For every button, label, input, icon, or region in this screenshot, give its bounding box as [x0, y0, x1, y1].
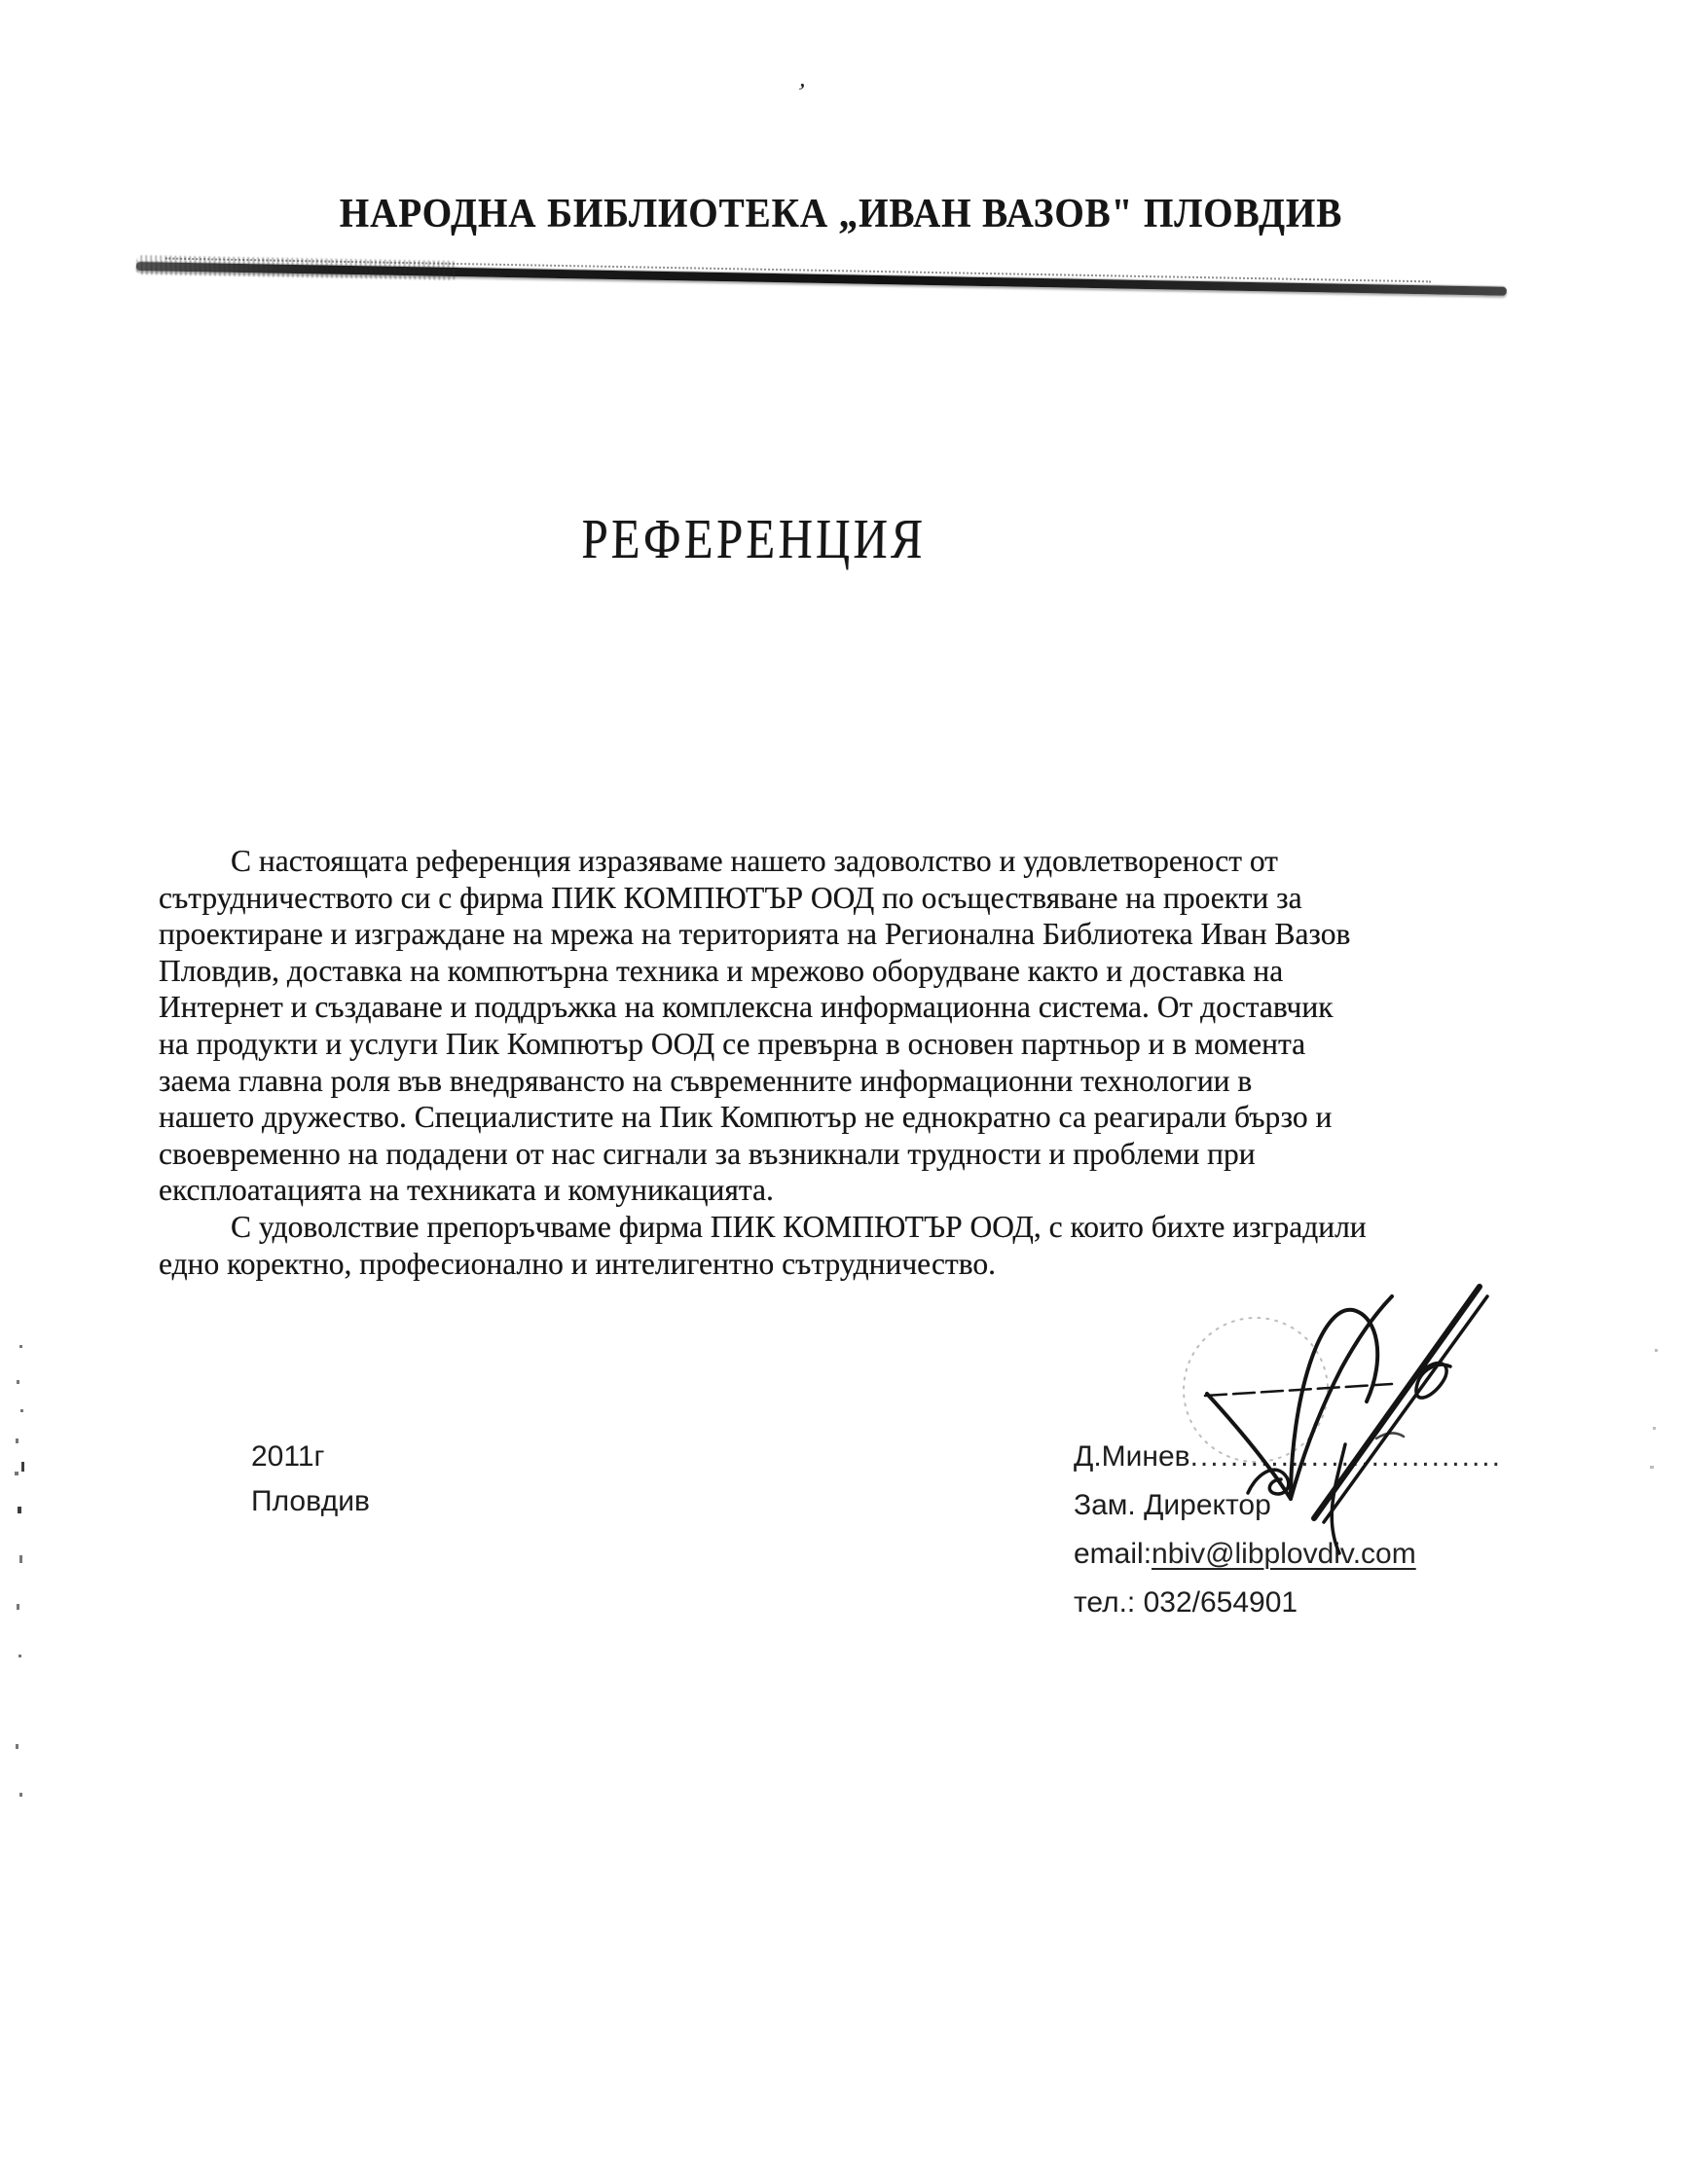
body-paragraph-1: С настоящата референция изразяваме нашет…: [159, 843, 1479, 1209]
scan-speckle: [19, 1345, 22, 1348]
signer-title: Зам. Директор: [1074, 1481, 1502, 1530]
scan-speckle: [1650, 1466, 1654, 1469]
scan-speckle: [16, 1744, 18, 1749]
scan-speckle: [21, 1462, 24, 1472]
letterhead-rule: [136, 255, 1507, 306]
date-place-block: 2011г Пловдив: [251, 1435, 370, 1524]
scan-speckle: [15, 1472, 18, 1475]
body-paragraph-2: С удоволствие препоръчваме фирма ПИК КОМ…: [159, 1209, 1479, 1282]
signature-block: Д.Минев............................... З…: [1074, 1433, 1502, 1627]
signature-dotted-line: ...............................: [1190, 1440, 1502, 1473]
letterhead-rule-smudge: [136, 255, 457, 280]
letter-year: 2011г: [251, 1435, 370, 1479]
scan-speckle: [17, 1604, 19, 1610]
scan-speckle: [20, 1409, 23, 1412]
scanned-letter-page: ’ НАРОДНА БИБЛИОТЕКА „ИВАН ВАЗОВ" ПЛОВДИ…: [0, 0, 1682, 2184]
scan-speckle: [16, 1438, 18, 1443]
signer-name: Д.Минев: [1074, 1440, 1190, 1473]
scan-speckle: [19, 1793, 22, 1797]
email-row: email:nbiv@libplovdiv.com: [1074, 1530, 1502, 1579]
scan-speckle: [18, 1655, 21, 1657]
scan-speckle: [1655, 1349, 1658, 1352]
phone-row: тел.: 032/654901: [1074, 1579, 1502, 1627]
scan-speckle: [19, 1555, 22, 1563]
signer-name-row: Д.Минев...............................: [1074, 1433, 1502, 1481]
scan-speckle: [17, 1380, 19, 1384]
document-title: РЕФЕРЕНЦИЯ: [581, 506, 927, 571]
letter-city: Пловдив: [251, 1479, 370, 1524]
email-link: nbiv@libplovdiv.com: [1152, 1538, 1416, 1570]
scan-speckle: [1653, 1427, 1656, 1430]
scan-artifact-mark: ’: [792, 77, 808, 107]
letterhead-title: НАРОДНА БИБЛИОТЕКА „ИВАН ВАЗОВ" ПЛОВДИВ: [58, 191, 1623, 237]
letter-body: С настоящата референция изразяваме нашет…: [159, 843, 1479, 1282]
email-label: email:: [1074, 1538, 1152, 1570]
scan-speckle: [18, 1507, 21, 1513]
